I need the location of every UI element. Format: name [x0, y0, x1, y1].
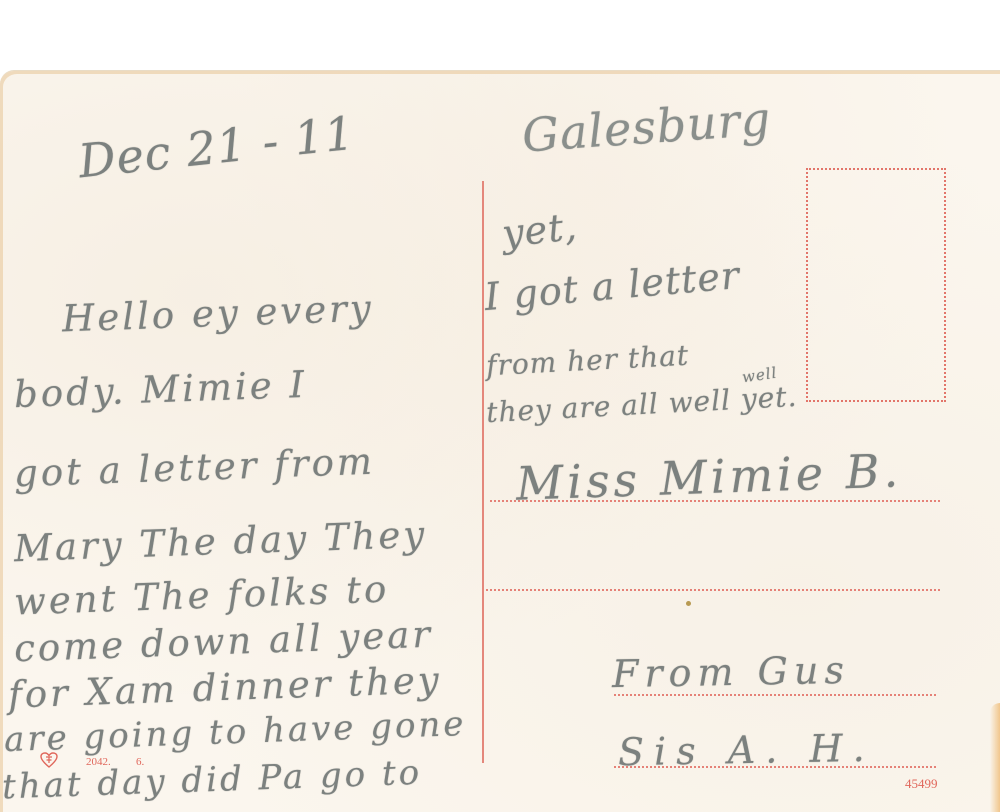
stamp-box [806, 168, 946, 402]
address-state: Sis A. H. [618, 726, 875, 774]
worn-edge [990, 703, 1000, 812]
address-line-2 [486, 589, 940, 591]
center-divider-line [482, 181, 484, 763]
card-number: 45499 [905, 776, 938, 792]
continuation-line: yet, [500, 204, 579, 256]
ink-spot [686, 601, 691, 606]
address-town: From Gus [612, 648, 851, 696]
scan-background: 2042. 6. 45499 Dec 21 - 11 Hello ey ever… [0, 0, 1000, 812]
